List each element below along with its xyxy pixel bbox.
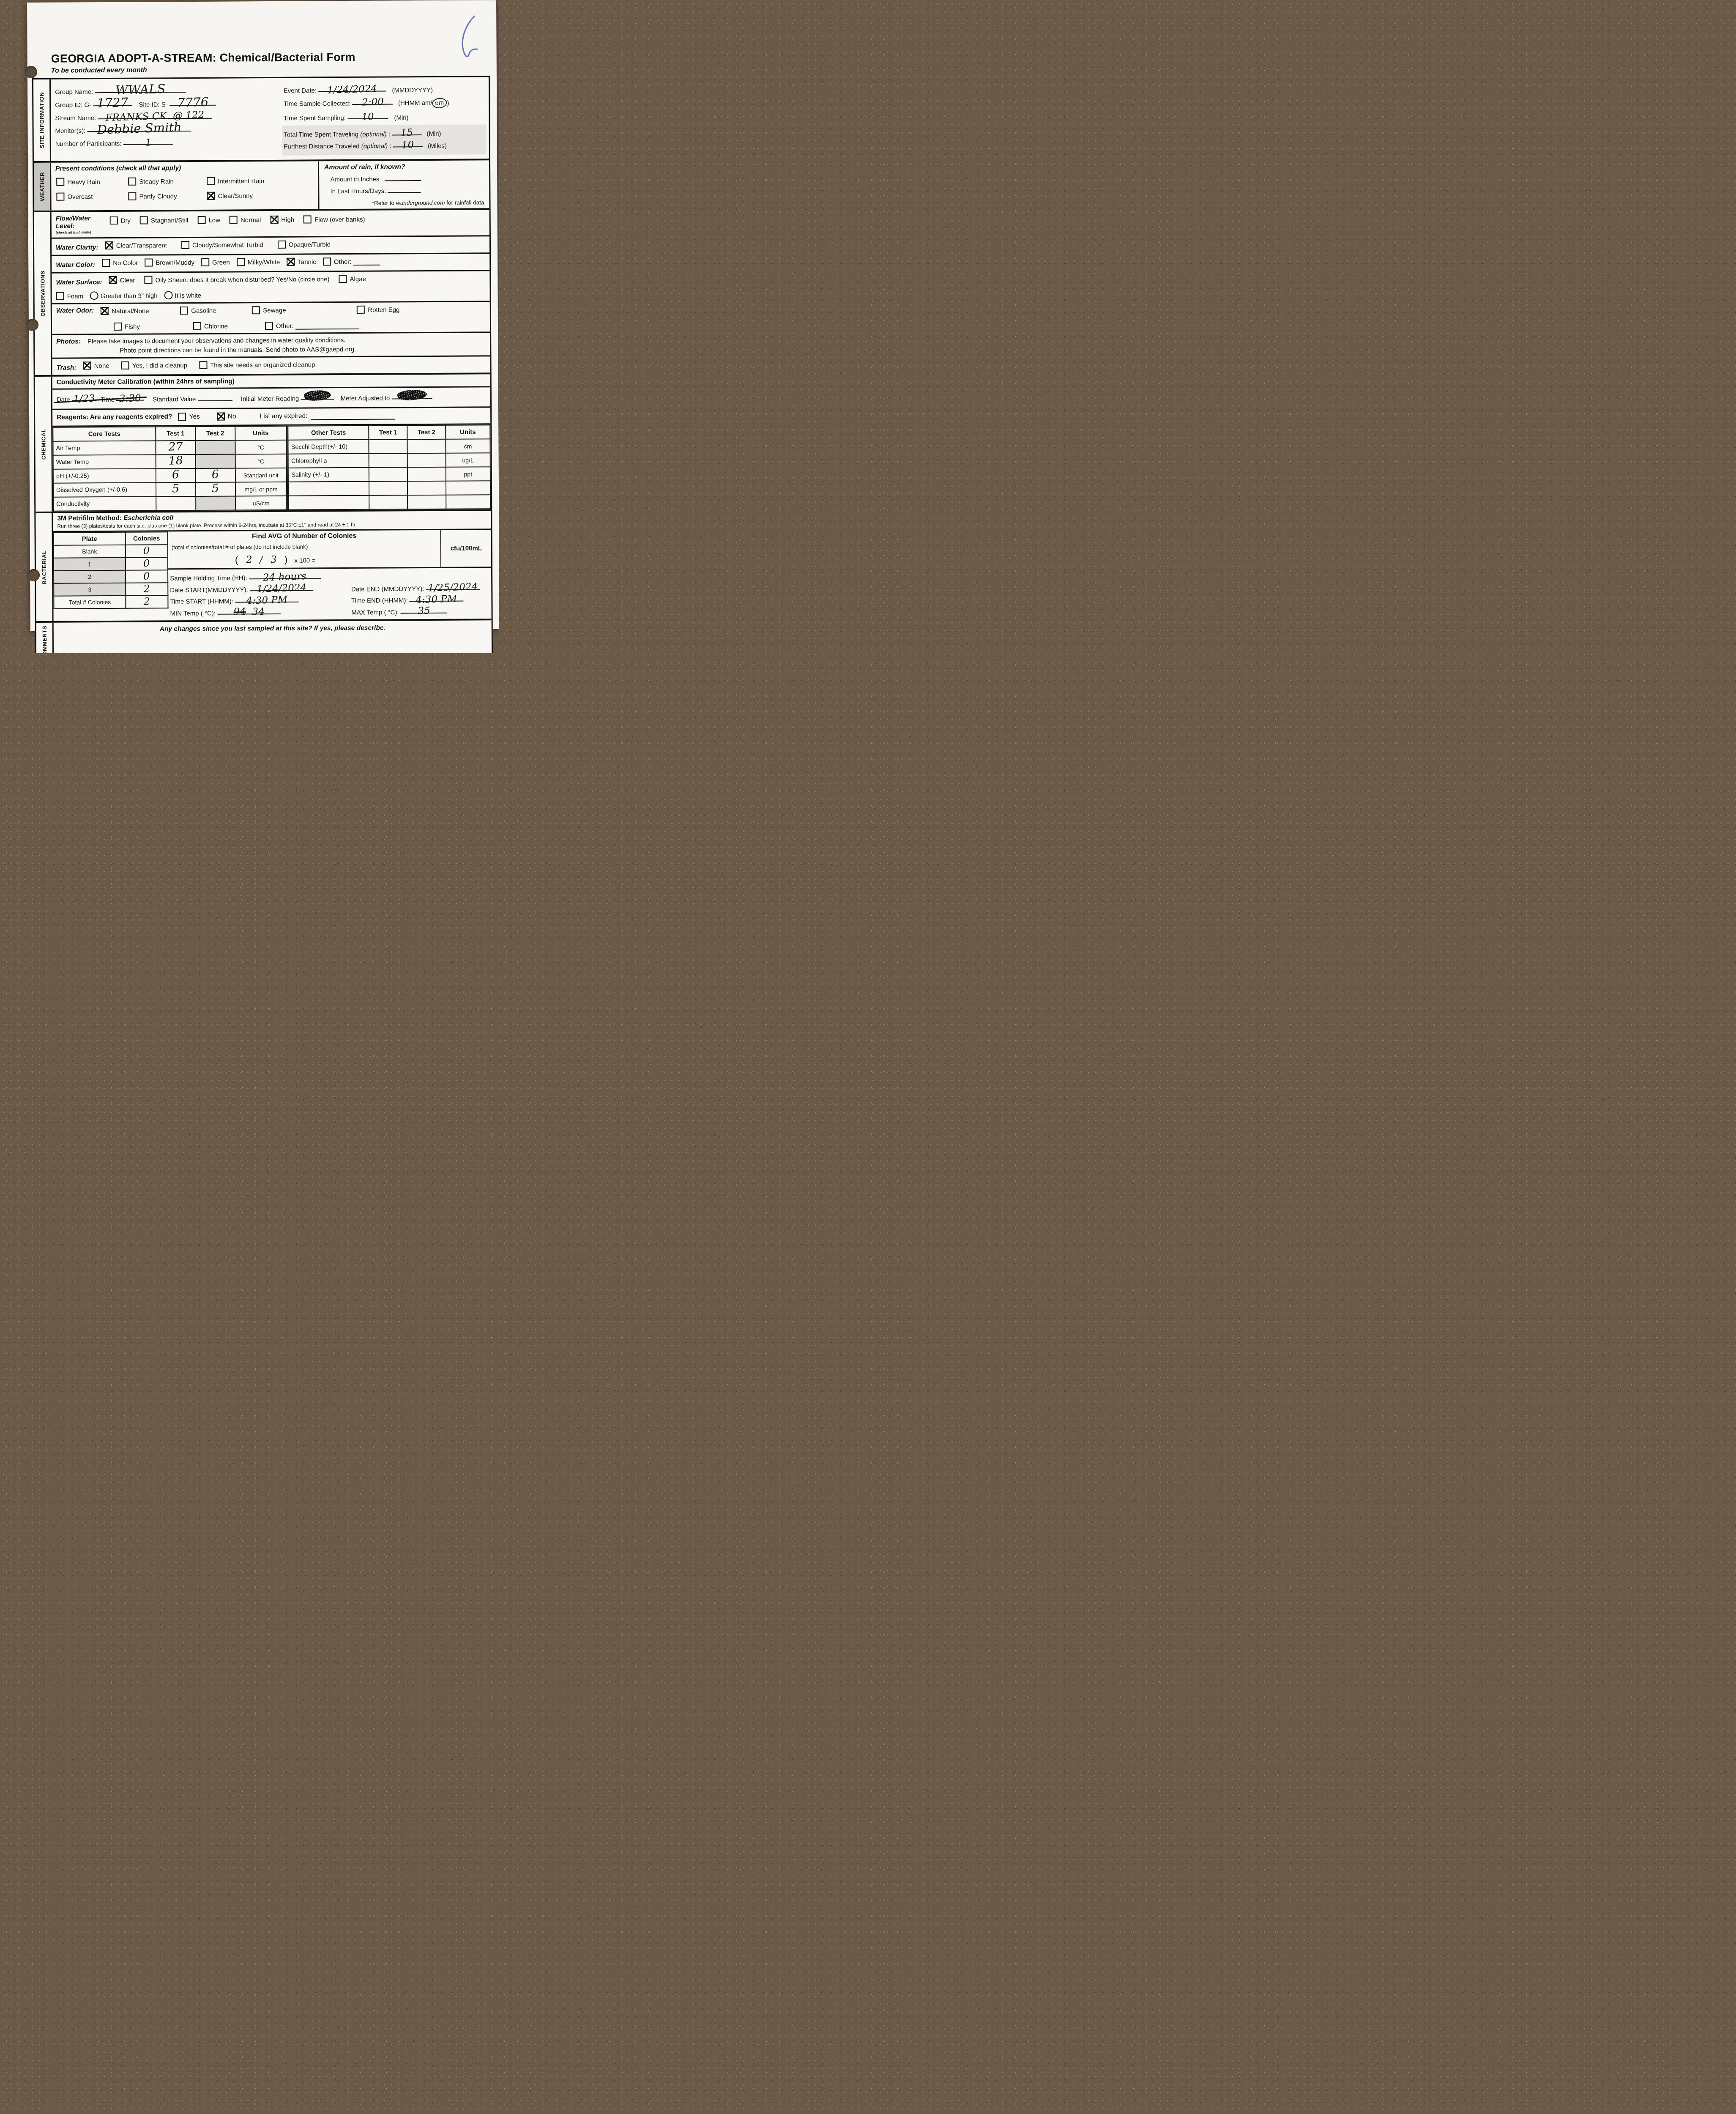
handwritten-traveling: 15 (400, 129, 413, 137)
form-header: GEORGIA ADOPT-A-STREAM: Chemical/Bacteri… (27, 0, 497, 75)
table-cell: ug/L (446, 453, 490, 467)
table-row-secchi-depth-10: Secchi Depth(+/- 10)cm (288, 439, 490, 454)
weather-section-label: WEATHER (34, 163, 52, 211)
trash-options: NoneYes, I did a cleanupThis site needs … (83, 360, 327, 370)
initial-reading-label: Initial Meter Reading (241, 395, 299, 403)
checkbox-foam[interactable] (56, 292, 64, 300)
page-title: GEORGIA ADOPT-A-STREAM: Chemical/Bacteri… (51, 50, 497, 66)
handwritten-slash: / (260, 556, 263, 564)
standard-value-input[interactable] (197, 394, 232, 401)
table-cell: pH (+/-0.25) (53, 468, 156, 483)
participants-label: Number of Participants: (55, 140, 122, 148)
present-conditions-options: Heavy RainSteady RainIntermittent RainOv… (56, 177, 314, 201)
hole-punch-top (25, 66, 37, 78)
section-comments: COMMENTS Any changes since you last samp… (36, 619, 492, 653)
option-label: This site needs an organized cleanup (210, 361, 315, 369)
initial-reading-input[interactable] (301, 392, 334, 400)
option-sewage: Sewage (252, 306, 357, 314)
option-label: Intermittent Rain (218, 178, 264, 185)
handwritten-min-temp-crossed: 94 (234, 608, 246, 616)
option-label: Partly Cloudy (139, 193, 177, 200)
table-cell (407, 495, 446, 509)
checkbox-oily-sheen-does-it-break-when-disturbed-yes-no-circle-one[interactable] (145, 276, 153, 284)
calibration-row: Date 1/23 Time 3:30 Standard Value Initi… (52, 387, 490, 410)
checkbox-high[interactable] (270, 216, 278, 224)
table-cell: Standard unit (235, 468, 287, 482)
option-other: Other: (323, 257, 380, 266)
handwritten-value: 5 (172, 485, 180, 493)
checkbox-clear-transparent[interactable] (105, 241, 113, 249)
write-in-line[interactable] (295, 322, 359, 330)
table-row-blank (288, 495, 490, 510)
site-information-section-label: SITE INFORMATION (33, 79, 51, 161)
checkbox-dry[interactable] (110, 216, 118, 225)
date-end-label: Date END (MMDDYYYY): (351, 585, 424, 593)
flow-sublabel: (check all that apply) (56, 230, 110, 235)
option-label: Clear (120, 277, 135, 284)
checkbox-other[interactable] (265, 322, 273, 330)
handwritten-value: 6 (172, 471, 180, 479)
option-dry: Dry (110, 216, 131, 225)
calibration-date-crossed: Date 1/23 Time 3:30 (57, 394, 144, 404)
section-observations: OBSERVATIONS Flow/Water Level: (check al… (34, 208, 490, 375)
table-cell: 27 (156, 441, 195, 455)
colonies-value-cell: 2 (126, 595, 168, 608)
option-label: Steady Rain (139, 178, 174, 186)
pm-circled[interactable]: pm (432, 97, 447, 109)
table-cell: °C (235, 454, 287, 468)
option-clear-transparent: Clear/Transparent (105, 241, 167, 249)
trash-row: Trash: NoneYes, I did a cleanupThis site… (52, 355, 490, 375)
surface-label: Water Surface: (56, 279, 102, 286)
hole-punch-middle (26, 319, 38, 331)
checkbox-steady-rain[interactable] (128, 178, 136, 186)
option-label: No Color (113, 259, 138, 267)
paren-close: ) (284, 554, 287, 565)
avg-multiplier: x 100 = (294, 557, 315, 564)
event-date-label: Event Date: (284, 87, 317, 94)
meter-adjusted-label: Meter Adjusted to (341, 395, 390, 403)
table-cell (369, 453, 407, 467)
rain-panel: Amount of rain, if known? Amount in Inch… (319, 160, 489, 209)
table-cell (288, 482, 369, 496)
rain-inches-row: Amount in Inches : (330, 173, 484, 183)
checkbox-sewage[interactable] (252, 306, 260, 314)
distance-row: Furthest Distance Traveled (optional) : … (284, 140, 485, 151)
option-rotten-egg: Rotten Egg (357, 305, 475, 314)
plate-label-cell: 3 (54, 583, 126, 596)
option-foam: Foam (56, 292, 83, 300)
site-info-right-column: Event Date: 1/24/2024 (MMDDYYYY) Time Sa… (284, 80, 487, 156)
traveling-label: Total Time Spent Traveling (284, 131, 360, 138)
traveling-input[interactable]: 15 (392, 128, 421, 135)
table-cell: ppt (446, 467, 490, 481)
handwritten-value: 6 (212, 471, 219, 478)
reagents-label: Reagents: Are any reagents expired? (57, 413, 172, 421)
handwritten-participants: 1 (145, 139, 151, 147)
date-start-input[interactable]: 1/24/2024 (250, 583, 313, 591)
option-label: Cloudy/Somewhat Turbid (192, 241, 263, 249)
participants-row: Number of Participants: 1 (55, 137, 284, 148)
checkbox-partly-cloudy[interactable] (128, 192, 136, 200)
traveling-unit: (Min) (426, 130, 441, 137)
date-start-row: Date START(MMDDYYYY): 1/24/2024 (170, 583, 351, 594)
site-id-label: Site ID: S- (139, 101, 167, 108)
checkbox-heavy-rain[interactable] (56, 178, 64, 186)
list-expired-input[interactable] (311, 412, 395, 420)
section-label-text: CHEMICAL (40, 429, 46, 460)
table-cell: cm (446, 439, 490, 453)
option-algae: Algae (339, 275, 366, 283)
column-header-test-1: Test 1 (369, 425, 407, 439)
option-label: Oily Sheen: does it break when disturbed… (156, 276, 330, 284)
option-label: Overcast (67, 193, 93, 201)
calibration-time-input[interactable]: 3:30 (116, 394, 144, 401)
plate-label-cell: Total # Colonies (54, 596, 126, 609)
water-surface-row: Water Surface: ClearOily Sheen: does it … (52, 270, 489, 303)
checkbox-stagnant-still[interactable] (140, 216, 148, 225)
table-row-ph-0-25: pH (+/-0.25)66Standard unit (53, 468, 287, 483)
event-date-row: Event Date: 1/24/2024 (MMDDYYYY) (284, 84, 487, 94)
option-label: Algae (350, 276, 366, 283)
clarity-label: Water Clarity: (56, 244, 98, 252)
present-conditions-panel: Present conditions (check all that apply… (51, 161, 320, 210)
table-cell: 18 (156, 455, 196, 468)
photos-instructions: Please take images to document your obse… (87, 337, 345, 345)
plate-row-2: 20 (54, 570, 168, 583)
table-cell (195, 454, 235, 468)
table-cell: 5 (156, 482, 196, 496)
table-cell (407, 467, 446, 481)
comments-area[interactable]: Any changes since you last sampled at th… (54, 621, 492, 653)
group-name-input[interactable]: WWALS (95, 85, 186, 93)
optional-travel-band: Total Time Spent Traveling (optional) : … (282, 124, 487, 156)
trash-label: Trash: (56, 364, 76, 371)
sampling-label: Time Spent Sampling: (284, 115, 346, 122)
radio-greater-than-3-high[interactable] (90, 291, 98, 300)
max-temp-input[interactable]: 35 (401, 606, 447, 614)
checkbox-none[interactable] (83, 361, 91, 370)
checkbox-opaque-turbid[interactable] (278, 241, 286, 249)
calibration-date-input[interactable]: 1/23 (72, 394, 96, 401)
time-collected-label: Time Sample Collected: (284, 100, 351, 107)
handwritten-site-id: 7776 (177, 97, 209, 107)
time-collected-row: Time Sample Collected: 2:00 (HHMM am/pm) (284, 97, 487, 109)
section-label-text: WEATHER (39, 172, 45, 201)
distance-optional: (optional) (361, 143, 388, 150)
option-chlorine: Chlorine (193, 322, 265, 330)
flow-options: DryStagnant/StillLowNormalHighFlow (over… (110, 215, 375, 225)
time-end-row: Time END (HHMM): 4:30 PM (351, 594, 488, 605)
option-cloudy-somewhat-turbid: Cloudy/Somewhat Turbid (181, 241, 263, 249)
event-date-format-hint: (MMDDYYYY) (392, 87, 433, 94)
time-start-label: Time START (HHMM): (170, 598, 233, 605)
other-tests-table-wrap: Other TestsTest 1Test 2UnitsSecchi Depth… (287, 424, 491, 510)
option-label: Tannic (298, 258, 316, 266)
sampling-input[interactable]: 10 (347, 112, 388, 120)
stream-name-label: Stream Name: (55, 114, 96, 122)
scribbled-out-value (303, 389, 331, 402)
colonies-value-cell: 0 (126, 557, 168, 570)
column-header-test-2: Test 2 (195, 426, 235, 440)
table-cell: 6 (156, 468, 196, 482)
time-format-close: ) (447, 99, 449, 107)
reagents-row: Reagents: Are any reagents expired? Yes … (52, 408, 490, 427)
water-odor-row: Water Odor: Natural/NoneGasolineSewageRo… (52, 301, 490, 334)
checkbox-cloudy-somewhat-turbid[interactable] (181, 241, 189, 249)
photos-instructions-2: Photo point directions can be found in t… (120, 345, 486, 354)
min-temp-input[interactable]: 9434 (217, 607, 281, 615)
water-color-row: Water Color: No ColorBrown/MuddyGreenMil… (52, 252, 489, 272)
odor-label: Water Odor: (56, 307, 94, 314)
option-green: Green (201, 258, 230, 266)
odor-options-row2: FishyChlorineOther: (114, 320, 486, 331)
holding-time-input[interactable]: 24 hours (249, 572, 321, 579)
handwritten-group-name: WWALS (115, 84, 166, 96)
core-tests-table: Core TestsTest 1Test 2UnitsAir Temp27°CW… (52, 426, 287, 512)
option-greater-than-3-high: Greater than 3" high (90, 291, 158, 300)
column-header-core-tests: Core Tests (53, 427, 156, 441)
option-label: Rotten Egg (368, 306, 399, 314)
handwritten-date-start: 1/24/2024 (257, 584, 306, 593)
group-id-label: Group ID: G- (55, 101, 91, 109)
stream-name-input[interactable]: FRANKS CK. @ 122 (98, 111, 212, 119)
monitors-input[interactable]: Debbie Smith (87, 124, 191, 132)
handwritten-time-end: 4:30 PM (416, 595, 458, 604)
section-label-text: COMMENTS (41, 626, 47, 653)
checkbox-algae[interactable] (339, 275, 347, 283)
option-fishy: Fishy (114, 322, 193, 331)
checkbox-milky-white[interactable] (237, 258, 245, 266)
surface-options: ClearOily Sheen: does it break when dist… (109, 275, 375, 284)
handwritten-colonies: 0 (143, 547, 150, 555)
rain-hours-input[interactable] (388, 186, 421, 193)
table-cell: Salinity (+/- 1) (288, 468, 369, 482)
handwritten-colonies: 2 (143, 585, 150, 593)
rain-hours-label: In Last Hours/Days: (331, 188, 386, 195)
checkbox-gasoline[interactable] (180, 307, 188, 315)
handwritten-total-colonies: 2 (246, 556, 252, 564)
checkbox-intermittent-rain[interactable] (207, 177, 215, 185)
section-weather: WEATHER Present conditions (check all th… (34, 159, 489, 211)
option-brown-muddy: Brown/Muddy (145, 258, 194, 267)
checkbox-clear-sunny[interactable] (207, 192, 215, 200)
distance-label: Furthest Distance Traveled (284, 143, 361, 151)
list-expired-label: List any expired: (260, 413, 308, 421)
checkbox-chlorine[interactable] (193, 322, 201, 330)
holding-time-label: Sample Holding Time (HH): (170, 575, 247, 582)
table-cell: 5 (196, 482, 235, 496)
option-label: Flow (over banks) (314, 216, 365, 224)
date-start-label: Date START(MMDDYYYY): (170, 586, 248, 594)
color-label: Water Color: (56, 261, 95, 268)
option-label: Natural/None (112, 307, 149, 315)
method-species: Escherichia coli (123, 514, 173, 522)
reagents-no-label: No (228, 413, 236, 420)
plate-label-cell: 2 (54, 570, 126, 583)
table-header-row: PlateColonies (54, 532, 168, 545)
radio-it-is-white[interactable] (164, 291, 172, 299)
handwritten-cal-time: 3:30 (119, 394, 141, 403)
option-label: Stagnant/Still (151, 217, 188, 225)
handwritten-sampling: 10 (361, 113, 374, 121)
colonies-value-cell: 0 (126, 570, 168, 583)
meter-adjusted-input[interactable] (391, 392, 432, 400)
observations-section-label: OBSERVATIONS (34, 212, 52, 375)
colonies-value-cell: 0 (126, 545, 168, 558)
comments-prompt: Any changes since you last sampled at th… (58, 624, 487, 634)
option-label: Fishy (125, 323, 140, 330)
write-in-line[interactable] (353, 258, 380, 266)
scribbled-out-value (397, 389, 427, 401)
event-date-input[interactable]: 1/24/2024 (318, 85, 386, 92)
distance-input[interactable]: 10 (393, 140, 423, 148)
section-site-information: SITE INFORMATION Group Name: WWALS Group… (33, 77, 489, 161)
hole-punch-bottom (27, 569, 40, 581)
checkbox-brown-muddy[interactable] (145, 258, 153, 266)
max-temp-label: MAX Temp ( °C): (351, 609, 399, 616)
checkbox-flow-over-banks[interactable] (303, 216, 312, 224)
option-flow-over-banks: Flow (over banks) (303, 215, 365, 224)
plate-row-3: 32 (54, 583, 168, 596)
date-end-input[interactable]: 1/25/2024 (426, 583, 480, 590)
option-label: None (94, 362, 109, 370)
column-header-plate: Plate (54, 532, 126, 545)
option-label: Low (208, 216, 220, 224)
rain-inches-input[interactable] (385, 174, 421, 181)
option-label: Dry (121, 217, 131, 225)
checkbox-other[interactable] (323, 257, 331, 266)
time-start-input[interactable]: 4:30 PM (235, 595, 298, 603)
checkbox-rotten-egg[interactable] (357, 306, 365, 314)
plate-row-1: 10 (54, 557, 168, 570)
option-other: Other: (265, 321, 370, 330)
time-collected-input[interactable]: 2:00 (353, 97, 393, 105)
section-label-text: BACTERIAL (41, 550, 47, 584)
table-cell: mg/L or ppm (235, 482, 287, 496)
checkbox-overcast[interactable] (56, 193, 64, 201)
handwritten-max-temp: 35 (418, 607, 430, 615)
reagents-yes-label: Yes (189, 413, 200, 421)
handwritten-time-collected: 2:00 (362, 98, 384, 107)
option-label: Other: (334, 258, 352, 266)
checkbox-no-color[interactable] (102, 259, 110, 267)
option-opaque-turbid: Opaque/Turbid (278, 240, 331, 249)
time-sampling-row: Time Spent Sampling: 10 (Min) (284, 112, 487, 122)
option-label: Chlorine (204, 323, 228, 330)
present-conditions-title: Present conditions (check all that apply… (55, 164, 314, 173)
checkbox-yes-i-did-a-cleanup[interactable] (121, 361, 129, 370)
option-gasoline: Gasoline (180, 306, 252, 315)
group-id-input[interactable]: 1727 (93, 99, 132, 106)
paren-open: ( (235, 554, 238, 565)
table-cell (407, 439, 446, 453)
rainfall-note: *Refer to wunderground.com for rainfall … (325, 199, 484, 206)
handwritten-date-end: 1/25/2024 (428, 583, 478, 592)
site-id-input[interactable]: 7776 (169, 98, 216, 106)
flow-label: Flow/Water Level: (56, 215, 110, 230)
traveling-optional: (optional) (360, 131, 387, 138)
option-label: Heavy Rain (67, 178, 100, 186)
table-cell (407, 453, 446, 467)
table-cell (288, 496, 369, 510)
checkbox-green[interactable] (201, 258, 209, 266)
checkbox-fishy[interactable] (114, 323, 122, 331)
option-label: Milky/White (248, 259, 280, 266)
section-chemical: CHEMICAL Conductivity Meter Calibration … (35, 372, 491, 512)
traveling-row: Total Time Spent Traveling (optional) : … (284, 128, 485, 138)
monitors-row: Monitor(s): Debbie Smith (55, 124, 284, 135)
column-header-units: Units (235, 426, 287, 441)
table-cell: 6 (196, 468, 235, 482)
handwritten-distance: 10 (402, 141, 414, 149)
flow-water-level-row: Flow/Water Level: (check all that apply)… (52, 210, 489, 237)
table-cell (196, 496, 235, 510)
checkbox-natural-none[interactable] (101, 307, 109, 315)
column-header-colonies: Colonies (126, 532, 168, 545)
handwritten-time-start: 4:30 PM (246, 596, 288, 605)
group-name-label: Group Name: (55, 88, 93, 96)
table-cell (369, 467, 407, 481)
table-row-water-temp: Water Temp18°C (53, 454, 287, 469)
option-label: Brown/Muddy (156, 259, 194, 267)
traveling-colon: : (387, 131, 390, 138)
checkbox-clear[interactable] (109, 276, 117, 284)
table-cell (446, 495, 490, 509)
pm-text: pm (435, 99, 445, 107)
option-oily-sheen-does-it-break-when-disturbed-yes-no-circle-one: Oily Sheen: does it break when disturbed… (145, 275, 330, 284)
table-cell (407, 481, 446, 495)
time-end-input[interactable]: 4:30 PM (410, 594, 464, 602)
handwritten-colonies: 0 (143, 559, 150, 568)
photos-row: Photos: Please take images to document y… (52, 331, 490, 357)
avg-title: Find AVG of Number of Colonies (172, 532, 437, 541)
option-overcast: Overcast (56, 192, 128, 201)
color-options: No ColorBrown/MuddyGreenMilky/WhiteTanni… (102, 257, 387, 267)
site-info-left-column: Group Name: WWALS Group ID: G- 1727 Site… (55, 82, 284, 157)
max-temp-row: MAX Temp ( °C): 35 (351, 606, 488, 616)
checkbox-reagents-yes[interactable] (178, 413, 186, 421)
checkbox-this-site-needs-an-organized-cleanup[interactable] (199, 361, 207, 369)
table-row-blank (288, 481, 490, 496)
handwritten-value: 27 (168, 444, 183, 451)
checkbox-reagents-no[interactable] (217, 413, 225, 421)
refer-suffix: for rainfall data (445, 199, 484, 205)
table-header-row: Other TestsTest 1Test 2Units (288, 425, 490, 440)
option-label: Foam (67, 293, 83, 300)
checkbox-tannic[interactable] (287, 258, 295, 266)
table-row-dissolved-oxygen-0-6: Dissolved Oxygen (+/-0.6)55mg/L or ppm (53, 482, 287, 497)
calibration-time-label: Time (101, 396, 115, 403)
table-cell (369, 481, 407, 495)
table-cell: uS/cm (235, 496, 287, 510)
group-site-id-row: Group ID: G- 1727 Site ID: S- 7776 (55, 98, 284, 109)
checkbox-normal[interactable] (230, 216, 238, 224)
standard-value-label: Standard Value (153, 396, 196, 403)
time-start-row: Time START (HHMM): 4:30 PM (170, 595, 351, 605)
option-label: Clear/Sunny (218, 192, 253, 200)
refer-prefix: *Refer to (372, 200, 396, 206)
participants-input[interactable]: 1 (123, 137, 173, 145)
checkbox-low[interactable] (197, 216, 205, 224)
handwritten-total-plates: 3 (271, 556, 277, 564)
option-no-color: No Color (102, 259, 138, 267)
min-temp-label: MIN Temp ( °C): (170, 610, 216, 617)
date-end-row: Date END (MMDDYYYY): 1/25/2024 (351, 583, 488, 593)
rain-inches-label: Amount in Inches : (330, 176, 383, 183)
avg-colonies-box: Find AVG of Number of Colonies (total # … (168, 530, 491, 570)
option-milky-white: Milky/White (237, 258, 280, 266)
